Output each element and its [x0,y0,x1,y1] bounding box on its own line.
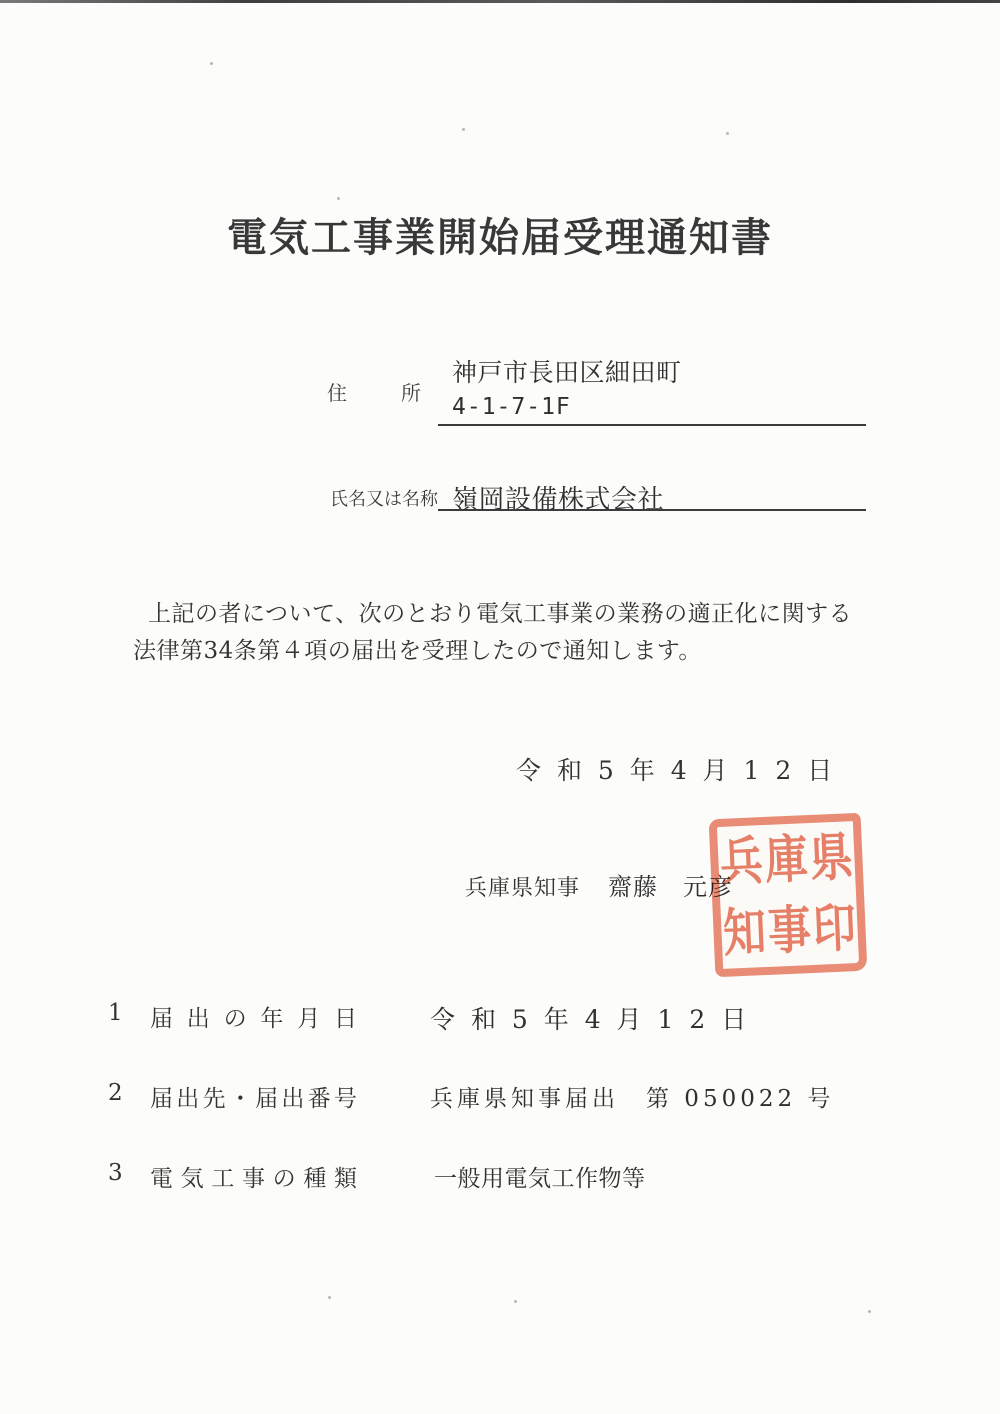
seal-character: 事 [767,904,812,958]
item-number: 2 [108,1080,123,1106]
item-row-notification-number: 2 届出先・届出番号 兵庫県知事届出 第 050022 号 [0,1080,1000,1110]
governor-seal-stamp: 兵 庫 県 知 事 印 [709,813,868,977]
item-number: 3 [108,1160,123,1186]
scan-speck [337,197,340,200]
document-page: 電気工事業開始届受理通知書 住所 神戸市長田区細田町 4-1-7-1F 氏名又は… [0,0,1000,1414]
name-label: 氏名又は名称 [330,485,438,511]
item-value: 一般用電気工作物等 [434,1160,646,1193]
scan-speck [210,62,213,65]
item-label: 届出先・届出番号 [150,1080,357,1113]
item-label: 電気工事の種類 [150,1160,357,1193]
item-value: 兵庫県知事届出 第 050022 号 [430,1080,834,1113]
scan-speck [726,132,729,135]
item-row-notification-date: 1 届出の年月日 令 和 5 年 4 月 1 2 日 [0,1000,1000,1030]
name-underline [438,509,866,511]
scan-speck [462,128,465,131]
address-underline [438,424,866,426]
seal-character: 知 [722,905,767,959]
address-label: 住所 [327,377,421,406]
item-value: 令 和 5 年 4 月 1 2 日 [430,1000,750,1036]
issue-date: 令 和 5 年 4 月 1 2 日 [516,751,836,787]
item-row-work-type: 3 電気工事の種類 一般用電気工作物等 [0,1160,1000,1190]
seal-character: 庫 [764,833,809,887]
document-title: 電気工事業開始届受理通知書 [0,206,1000,263]
scan-speck [328,1296,331,1299]
item-label: 届出の年月日 [150,1000,357,1033]
address-line1: 神戸市長田区細田町 [452,353,682,389]
issuer-title: 兵庫県知事 [465,871,580,902]
scan-speck [514,1300,517,1303]
scan-edge-artifact [0,0,1000,3]
scan-speck [868,1310,871,1313]
seal-character: 印 [812,902,857,956]
item-number: 1 [108,1000,123,1026]
address-line2: 4-1-7-1F [452,394,571,420]
seal-character: 兵 [719,835,764,889]
body-text-line-1: 上記の者について、次のとおり電気工事業の業務の適正化に関する [148,595,852,628]
body-text-line-2: 法律第34条第４項の届出を受理したので通知します。 [133,632,702,665]
seal-character: 県 [809,831,854,885]
